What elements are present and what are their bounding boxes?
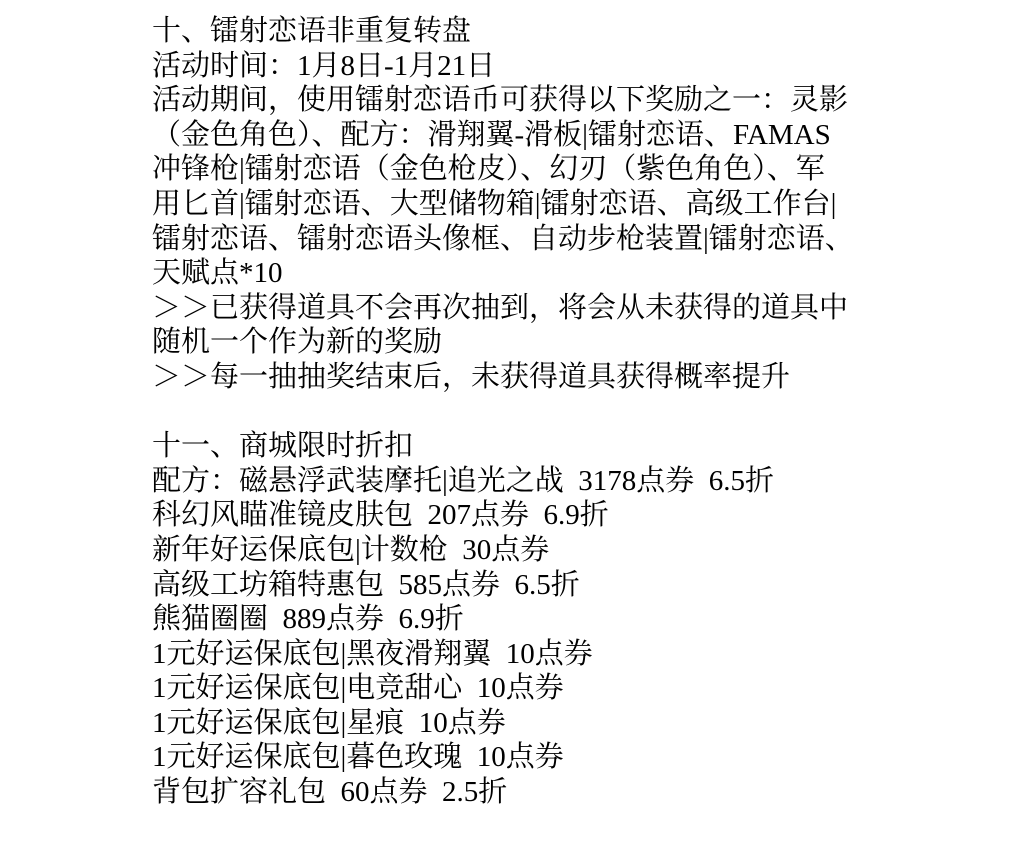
section2-title: 十一、商城限时折扣 [152, 429, 980, 464]
discount-item-line: 背包扩容礼包 60点券 2.5折 [152, 775, 980, 810]
discount-item-line: 1元好运保底包|黑夜滑翔翼 10点券 [152, 637, 980, 672]
reward-description-line: 用匕首|镭射恋语、大型储物箱|镭射恋语、高级工作台| [152, 187, 980, 222]
reward-description-line: 活动期间，使用镭射恋语币可获得以下奖励之一：灵影 [152, 83, 980, 118]
discount-item-line: 熊猫圈圈 889点券 6.9折 [152, 602, 980, 637]
section1-title: 十、镭射恋语非重复转盘 [152, 14, 980, 49]
rule-note-line: ＞＞已获得道具不会再次抽到，将会从未获得的道具中 [152, 291, 980, 326]
rule-note-line: ＞＞每一抽抽奖结束后，未获得道具获得概率提升 [152, 360, 980, 395]
blank-line [152, 395, 980, 430]
reward-description-line: 镭射恋语、镭射恋语头像框、自动步枪装置|镭射恋语、 [152, 222, 980, 257]
discount-item-line: 配方：磁悬浮武装摩托|追光之战 3178点券 6.5折 [152, 464, 980, 499]
discount-item-line: 新年好运保底包|计数枪 30点券 [152, 533, 980, 568]
discount-item-line: 1元好运保底包|电竞甜心 10点券 [152, 671, 980, 706]
reward-description-line: 天赋点*10 [152, 256, 980, 291]
event-time-line: 活动时间：1月8日-1月21日 [152, 49, 980, 84]
discount-item-line: 高级工坊箱特惠包 585点券 6.5折 [152, 568, 980, 603]
document-text: 十、镭射恋语非重复转盘 活动时间：1月8日-1月21日 活动期间，使用镭射恋语币… [152, 14, 980, 810]
discount-item-line: 科幻风瞄准镜皮肤包 207点券 6.9折 [152, 498, 980, 533]
reward-description-line: 冲锋枪|镭射恋语（金色枪皮）、幻刃（紫色角色）、军 [152, 152, 980, 187]
document-page: 十、镭射恋语非重复转盘 活动时间：1月8日-1月21日 活动期间，使用镭射恋语币… [0, 0, 1020, 865]
discount-item-line: 1元好运保底包|暮色玫瑰 10点券 [152, 740, 980, 775]
discount-item-line: 1元好运保底包|星痕 10点券 [152, 706, 980, 741]
rule-note-line: 随机一个作为新的奖励 [152, 325, 980, 360]
reward-description-line: （金色角色）、配方：滑翔翼-滑板|镭射恋语、FAMAS [152, 118, 980, 153]
